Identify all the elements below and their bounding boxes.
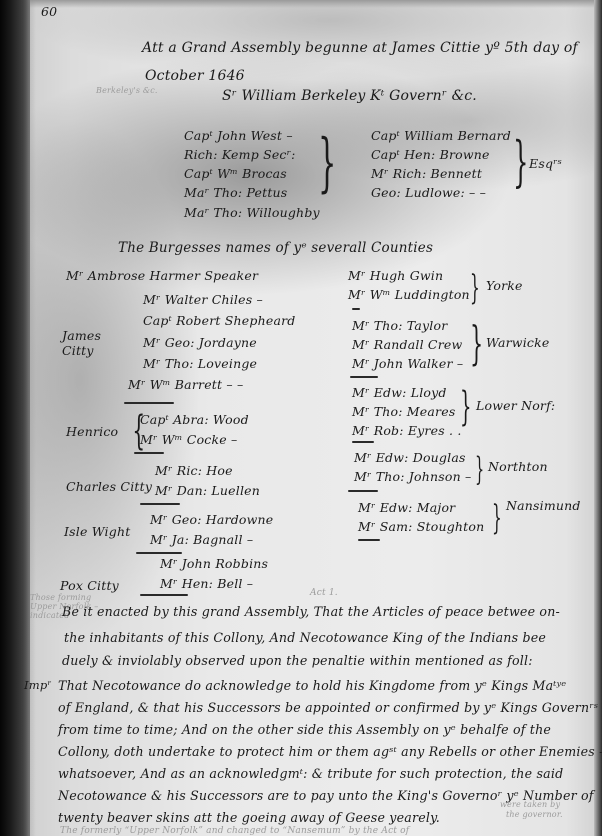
group-divider [124, 402, 174, 404]
burgess-member: Mʳ Edw: Lloyd [352, 385, 447, 400]
council-member: Maʳ Tho: Pettus [184, 185, 287, 200]
act-line: Be it enacted by this grand Assembly, Th… [62, 604, 560, 619]
county-label: Northton [488, 459, 548, 474]
county-label: Yorke [486, 278, 523, 293]
act-line: of England, & that his Successors be app… [58, 700, 598, 715]
act-line: twenty beaver skins att the goeing away … [58, 810, 440, 825]
act-line: from time to time; And on the other side… [58, 722, 551, 737]
burgess-member: Mʳ Wᵐ Luddington [348, 287, 470, 302]
governor-line: Sʳ William Berkeley Kᵗ Governʳ &c. [222, 88, 477, 104]
group-divider [140, 503, 180, 505]
faint-pencil-note-right-1: were taken by [500, 800, 560, 809]
faint-pencil-note-bottom: The formerly “Upper Norfolk” and changed… [60, 826, 409, 836]
county-label: Charles Citty [66, 479, 152, 494]
group-divider [140, 594, 188, 596]
burgesses-heading: The Burgesses names of yᵉ severall Count… [118, 240, 433, 256]
nansimund-brace: } [492, 498, 502, 538]
council-member: Capᵗ Hen: Browne [371, 147, 490, 162]
northton-brace: } [475, 450, 484, 488]
council-member: Capᵗ Wᵐ Brocas [184, 166, 287, 181]
council-member: Mʳ Rich: Bennett [371, 166, 482, 181]
imprimis-margin-note: Impʳ [24, 678, 52, 692]
burgess-member: Mʳ Ja: Bagnall – [150, 532, 253, 547]
yorke-brace: } [470, 268, 480, 308]
faint-pencil-note-top: Berkeley's &c. [96, 86, 158, 95]
county-label: Warwicke [486, 335, 549, 350]
burgess-member: Mʳ Ric: Hoe [155, 463, 233, 478]
group-divider [352, 308, 360, 310]
page-top-shadow [30, 0, 602, 8]
act-line: That Necotowance do acknowledge to hold … [58, 678, 566, 693]
burgess-member: Mʳ Wᵐ Cocke – [140, 432, 238, 447]
county-label: Nansimund [506, 498, 581, 513]
council-member: Capᵗ John West – [184, 128, 293, 143]
burgess-member: Mʳ Geo: Jordayne [143, 335, 257, 350]
county-label: James Citty [62, 328, 112, 358]
group-divider [348, 490, 378, 492]
burgess-member: Mʳ Sam: Stoughton [358, 519, 484, 534]
warwicke-brace: } [470, 316, 483, 370]
council-member: Capᵗ William Bernard [371, 128, 511, 143]
folio-number: 60 [41, 4, 57, 19]
council-right-brace: } [513, 130, 528, 193]
council-member: Maʳ Tho: Willoughby [184, 205, 320, 220]
act-line: duely & inviolably observed upon the pen… [62, 653, 533, 668]
burgess-member: Mʳ Walter Chiles – [143, 292, 263, 307]
burgess-member: Mʳ Tho: Meares [352, 404, 455, 419]
burgess-member: Mʳ Edw: Major [358, 500, 455, 515]
speaker-line: Mʳ Ambrose Harmer Speaker [66, 268, 258, 283]
burgess-member: Mʳ Tho: Loveinge [143, 356, 257, 371]
burgess-member: Mʳ Tho: Taylor [352, 318, 447, 333]
county-label: Isle Wight [64, 524, 130, 539]
burgess-member: Mʳ Randall Crew [352, 337, 462, 352]
burgess-member: Mʳ Wᵐ Barrett – – [128, 377, 243, 392]
council-left-brace: } [318, 126, 336, 200]
group-divider [134, 452, 164, 454]
burgess-member: Mʳ Hen: Bell – [160, 576, 253, 591]
burgess-member: Mʳ Tho: Johnson – [354, 469, 471, 484]
binding-gutter-shadow [22, 0, 36, 836]
group-divider [352, 441, 374, 443]
county-label: Pox Citty [60, 578, 119, 593]
esquires-label: Esqʳˢ [529, 156, 562, 171]
burgess-member: Mʳ Hugh Gwin [348, 268, 443, 283]
lower-norfolk-brace: } [460, 384, 471, 430]
county-label: Lower Norf: [476, 398, 555, 413]
manuscript-page: 60 Att a Grand Assembly begunne at James… [0, 0, 602, 836]
burgess-member: Capᵗ Robert Shepheard [143, 313, 295, 328]
burgess-member: Mʳ Rob: Eyres . . [352, 423, 462, 438]
act-line: Collony, doth undertake to protect him o… [58, 744, 602, 759]
burgess-member: Mʳ John Robbins [160, 556, 268, 571]
burgess-member: Mʳ Geo: Hardowne [150, 512, 273, 527]
act-line: whatsoever, And as an acknowledgmᵗ: & tr… [58, 766, 563, 781]
faint-pencil-note-right-2: the governor. [506, 810, 563, 819]
heading-line-2: October 1646 [145, 68, 245, 84]
council-member: Rich: Kemp Secʳ: [184, 147, 296, 162]
group-divider [358, 539, 380, 541]
county-label: Henrico [66, 424, 118, 439]
burgess-member: Mʳ Edw: Douglas [354, 450, 466, 465]
group-divider [350, 376, 378, 378]
burgess-member: Mʳ John Walker – [352, 356, 463, 371]
burgess-member: Capᵗ Abra: Wood [140, 412, 249, 427]
act-line: the inhabitants of this Collony, And Nec… [64, 630, 546, 645]
act-number-label: Act 1. [310, 588, 338, 598]
council-member: Geo: Ludlowe: – – [371, 185, 486, 200]
heading-line-1: Att a Grand Assembly begunne at James Ci… [142, 40, 578, 56]
burgess-member: Mʳ Dan: Luellen [155, 483, 260, 498]
group-divider [136, 552, 182, 554]
